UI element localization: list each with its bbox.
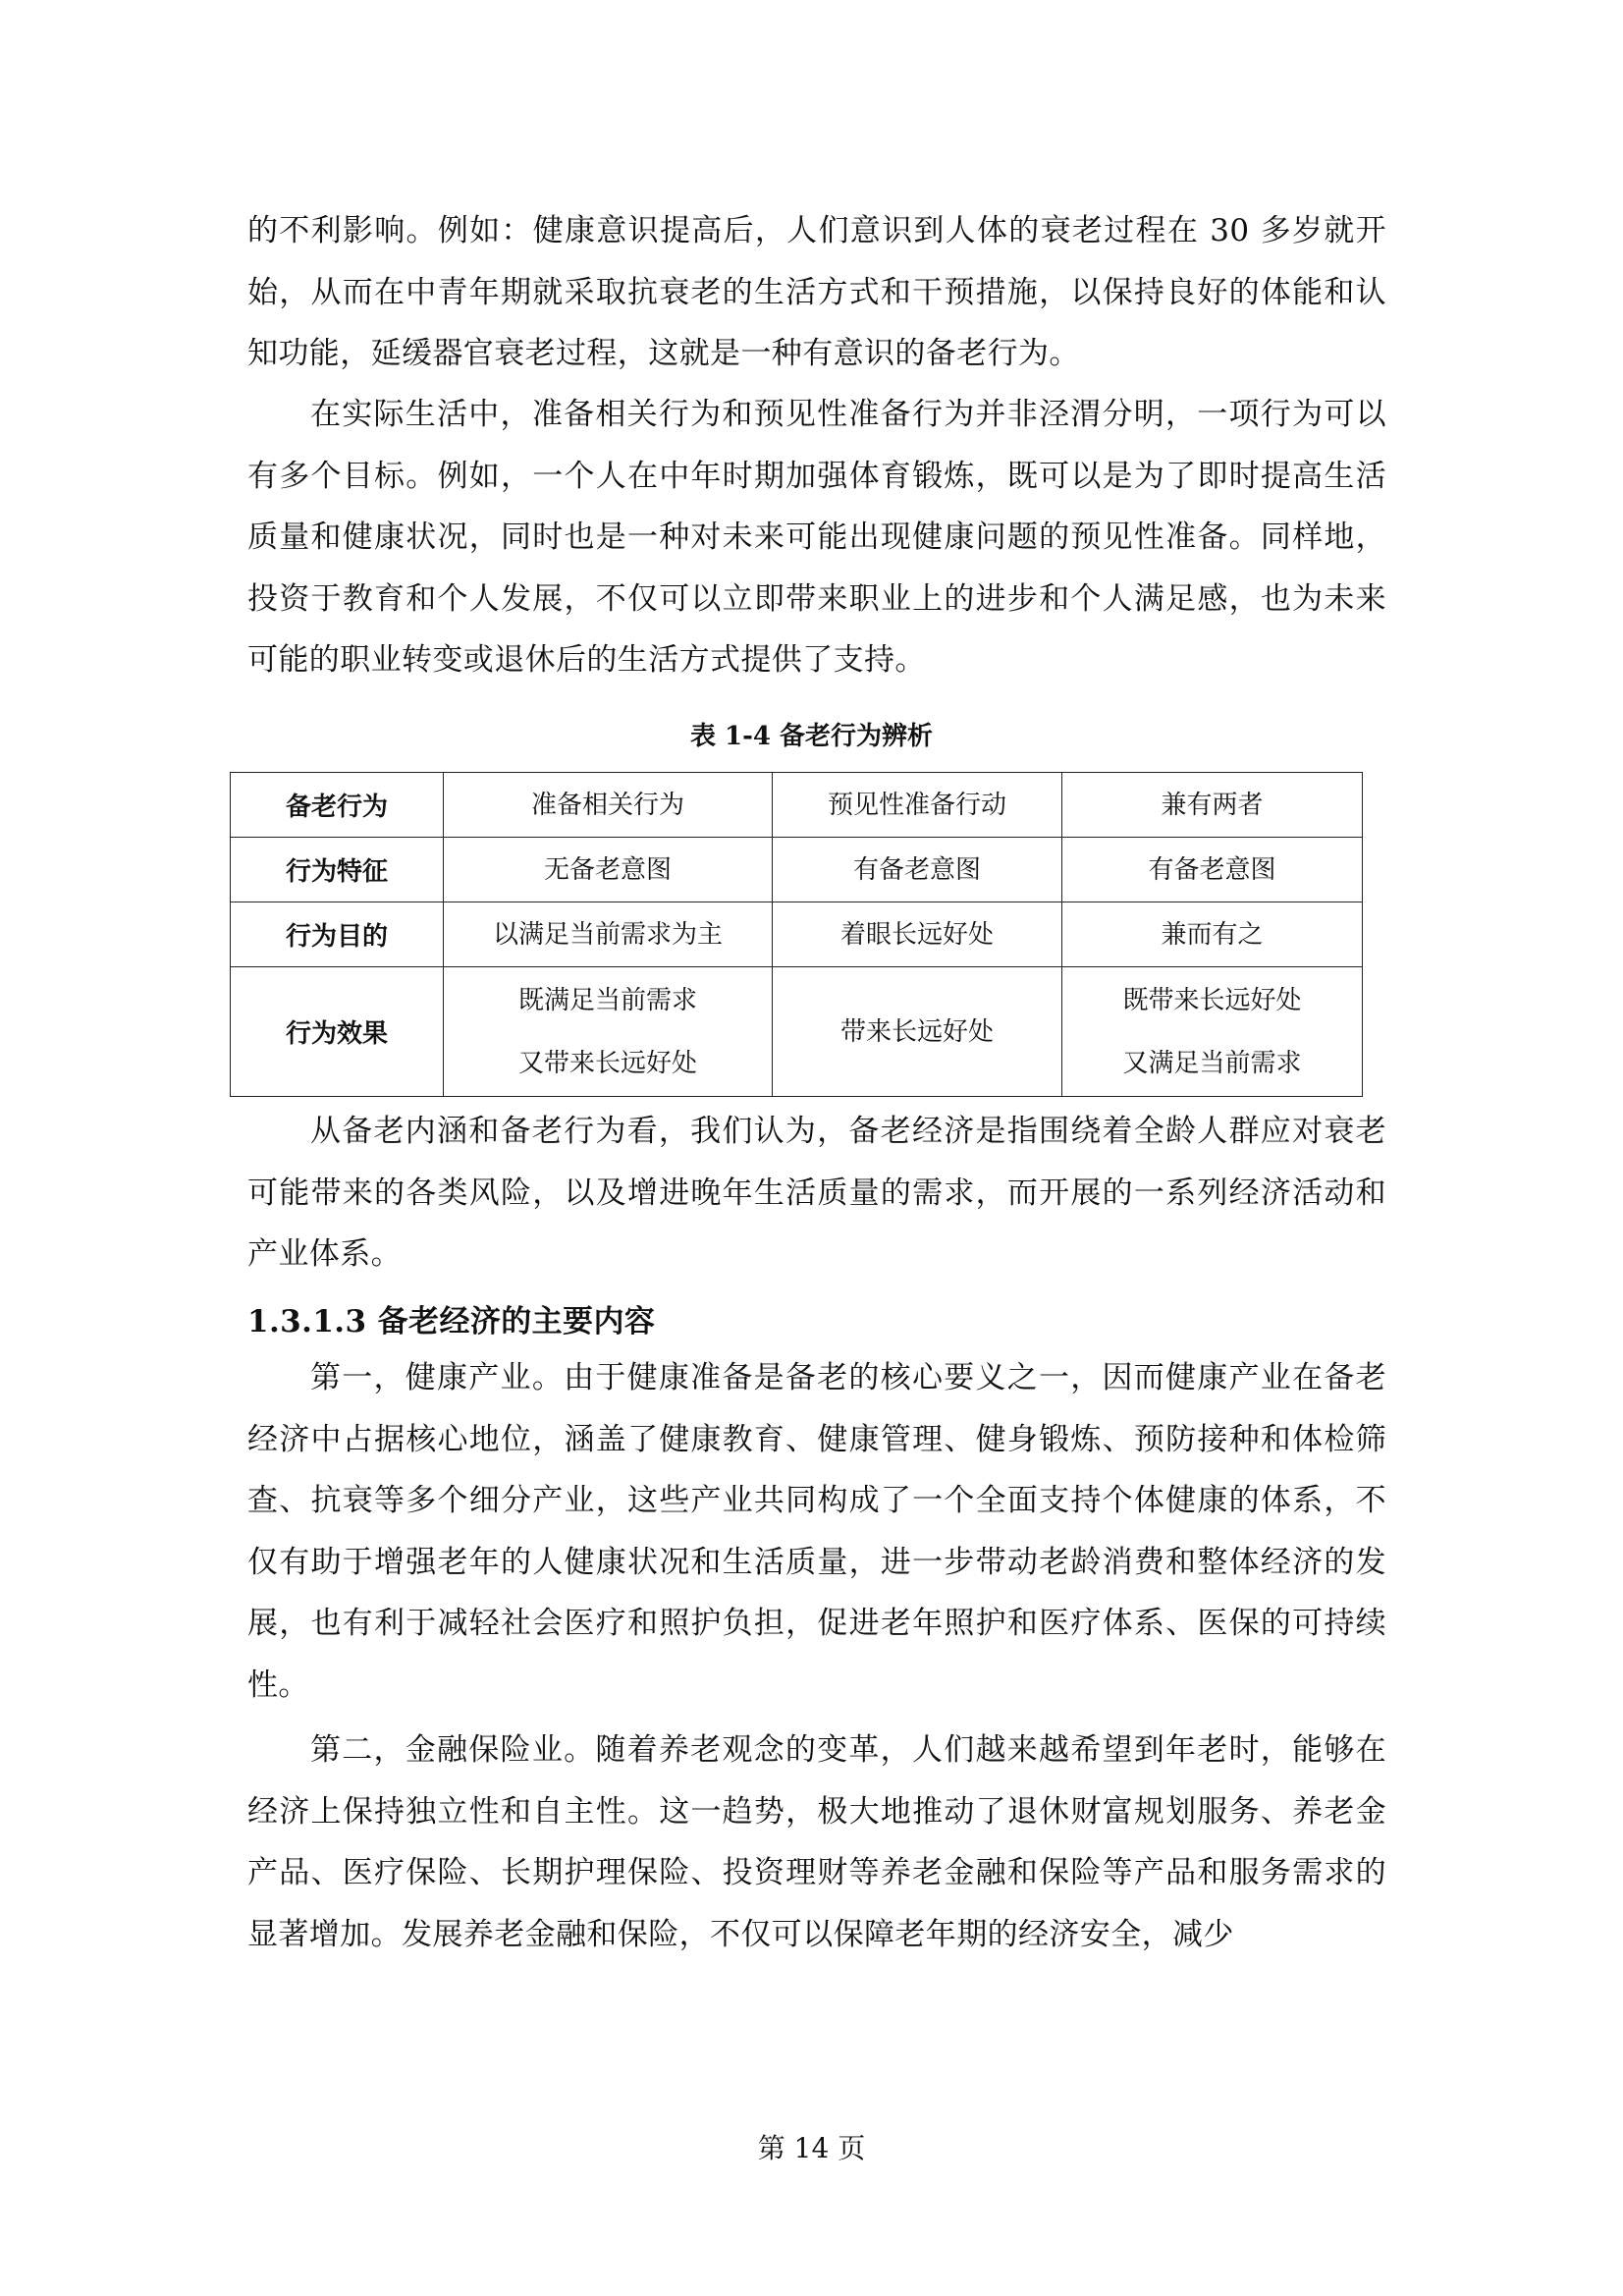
table-cell: 预见性准备行动 <box>773 773 1062 838</box>
document-page: 的不利影响。例如：健康意识提高后，人们意识到人体的衰老过程在 30 多岁就开始，… <box>0 0 1623 2296</box>
table-cell: 兼而有之 <box>1062 902 1363 967</box>
paragraph-behavior-overlap: 在实际生活中，准备相关行为和预见性准备行为并非泾渭分明，一项行为可以有多个目标。… <box>247 384 1386 691</box>
table-row: 备老行为 准备相关行为 预见性准备行动 兼有两者 <box>231 773 1363 838</box>
row-header: 行为目的 <box>231 902 444 967</box>
row-header: 行为特征 <box>231 838 444 902</box>
table-cell: 有备老意图 <box>1062 838 1363 902</box>
table-cell: 以满足当前需求为主 <box>444 902 773 967</box>
table-cell: 带来长远好处 <box>773 967 1062 1097</box>
aging-behavior-table: 备老行为 准备相关行为 预见性准备行动 兼有两者 行为特征 无备老意图 有备老意… <box>230 772 1363 1097</box>
table-cell: 着眼长远好处 <box>773 902 1062 967</box>
paragraph-aging-awareness: 的不利影响。例如：健康意识提高后，人们意识到人体的衰老过程在 30 多岁就开始，… <box>247 200 1386 385</box>
table-cell: 有备老意图 <box>773 838 1062 902</box>
table-row: 行为效果 既满足当前需求 又带来长远好处 带来长远好处 既带来长远好处 又满足当… <box>231 967 1363 1097</box>
row-header: 行为效果 <box>231 967 444 1097</box>
table-cell: 无备老意图 <box>444 838 773 902</box>
paragraph-finance-insurance: 第二，金融保险业。随着养老观念的变革，人们越来越希望到年老时，能够在经济上保持独… <box>247 1720 1386 1965</box>
table-cell: 准备相关行为 <box>444 773 773 838</box>
table-cell: 既满足当前需求 又带来长远好处 <box>444 967 773 1097</box>
table-row: 行为特征 无备老意图 有备老意图 有备老意图 <box>231 838 1363 902</box>
page-number: 第 14 页 <box>0 2129 1623 2168</box>
paragraph-definition: 从备老内涵和备老行为看，我们认为，备老经济是指围绕着全龄人群应对衰老可能带来的各… <box>247 1101 1386 1285</box>
paragraph-health-industry: 第一，健康产业。由于健康准备是备老的核心要义之一，因而健康产业在备老经济中占据核… <box>247 1347 1386 1716</box>
table-cell: 兼有两者 <box>1062 773 1363 838</box>
table-caption: 表 1-4 备老行为辨析 <box>0 715 1623 758</box>
row-header: 备老行为 <box>231 773 444 838</box>
section-heading: 1.3.1.3 备老经济的主要内容 <box>247 1298 655 1345</box>
table-cell: 既带来长远好处 又满足当前需求 <box>1062 967 1363 1097</box>
table-row: 行为目的 以满足当前需求为主 着眼长远好处 兼而有之 <box>231 902 1363 967</box>
